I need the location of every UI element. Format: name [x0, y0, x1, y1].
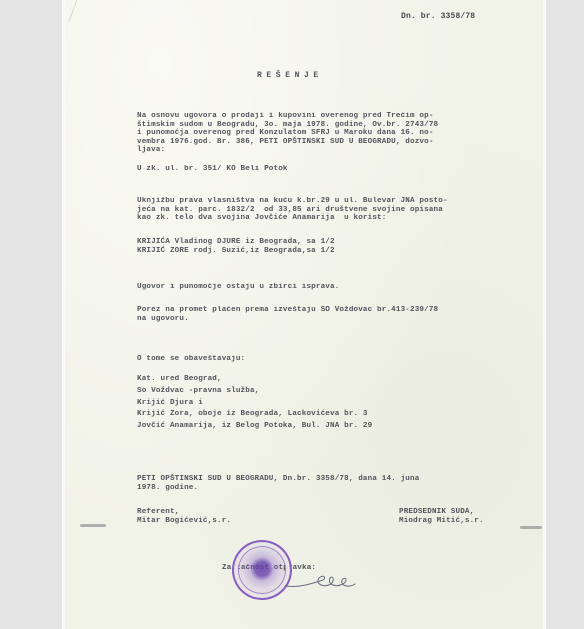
president-role: PREDSEDNIK SUDA,	[399, 508, 474, 516]
document-number: Dn. br. 3358/78	[401, 13, 475, 22]
recipient-item: Jovčić Anamarija, iz Belog Potoka, Bul. …	[137, 422, 372, 430]
referent-role: Referent,	[137, 508, 179, 516]
tax-note: Porez na promet plaćen prema izveštaju S…	[137, 306, 438, 323]
signature-icon	[283, 566, 373, 594]
land-registry-line: U zk. ul. br. 351/ KO Beli Potok	[137, 165, 288, 174]
president-name: Miodrag Mitić,s.r.	[399, 517, 484, 525]
registration-paragraph: Uknjižbu prava vlasništva na kuću k.br.2…	[137, 197, 448, 223]
punch-mark-right	[520, 526, 542, 529]
document-title: REŠENJE	[257, 72, 323, 81]
president-block: PREDSEDNIK SUDA, Miodrag Mitić,s.r.	[399, 508, 484, 525]
referent-block: Referent, Mitar Bogićević,s.r.	[137, 508, 231, 525]
beneficiary-item: KRIJIĆA Vladinog DJURE iz Beograda, sa 1…	[137, 238, 335, 246]
beneficiaries-list: KRIJIĆA Vladinog DJURE iz Beograda, sa 1…	[137, 238, 335, 255]
intro-paragraph: Na osnovu ugovora o prodaji i kupovini o…	[137, 112, 438, 155]
referent-name: Mitar Bogićević,s.r.	[137, 517, 231, 525]
document-page: Dn. br. 3358/78 REŠENJE Na osnovu ugovor…	[65, 0, 543, 629]
recipients-list: Kat. ured Beograd, So Voždvac -pravna sl…	[137, 374, 372, 433]
beneficiary-item: KRIJIĆ ZORE rodj. Suzić,iz Beograda,sa 1…	[137, 247, 335, 255]
punch-mark-left	[80, 524, 106, 527]
closing-paragraph: PETI OPŠTINSKI SUD U BEOGRADU, Dn.br. 33…	[137, 475, 419, 492]
recipient-item: So Voždvac -pravna služba,	[137, 387, 259, 395]
recipient-item: Kat. ured Beograd,	[137, 375, 222, 383]
recipient-item: Krijić Zora, oboje iz Beograda, Lacković…	[137, 410, 368, 418]
notify-heading: O tome se obaveštavaju:	[137, 355, 245, 364]
scan-edge-right	[543, 0, 546, 629]
paper-crease	[69, 0, 101, 29]
documents-note: Ugovor i punomoćje ostaju u zbirci ispra…	[137, 283, 339, 292]
recipient-item: Krijić Djura i	[137, 399, 203, 407]
